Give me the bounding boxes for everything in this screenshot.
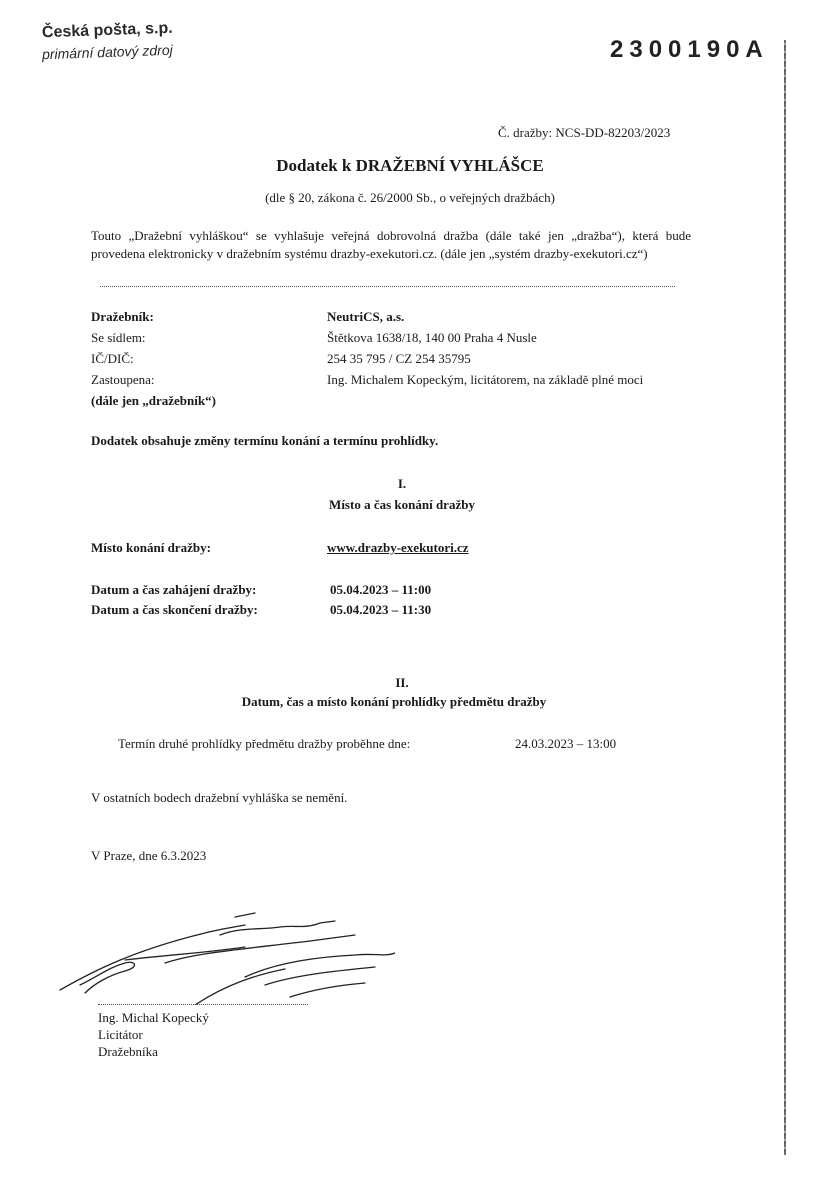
auctioneer-alias: (dále jen „dražebník“): [91, 393, 216, 409]
section-2-number: II.: [0, 675, 812, 691]
seat-label: Se sídlem:: [91, 330, 146, 346]
seat-value: Štětkova 1638/18, 140 00 Praha 4 Nusle: [327, 330, 537, 346]
ico-dic-value: 254 35 795 / CZ 254 35795: [327, 351, 471, 367]
represented-label: Zastoupena:: [91, 372, 155, 388]
section-1-number: I.: [0, 476, 812, 492]
auction-place-link[interactable]: www.drazby-exekutori.cz: [327, 540, 469, 556]
scan-edge-line: [784, 40, 786, 1155]
amendment-note: Dodatek obsahuje změny termínu konání a …: [91, 433, 438, 449]
document-title: Dodatek k DRAŽEBNÍ VYHLÁŠCE: [0, 156, 820, 176]
postal-stamp-organization: Česká pošta, s.p.: [42, 20, 173, 43]
auction-end-label: Datum a čas skončení dražby:: [91, 602, 258, 618]
document-subtitle: (dle § 20, zákona č. 26/2000 Sb., o veře…: [0, 190, 820, 206]
signature-line: [98, 1004, 308, 1005]
document-number: 2300190A: [610, 36, 769, 64]
postal-stamp-source: primární datový zdroj: [42, 42, 173, 63]
auctioneer-label: Dražebník:: [91, 309, 154, 325]
inspection-value: 24.03.2023 – 13:00: [515, 736, 616, 752]
auction-start-value: 05.04.2023 – 11:00: [330, 582, 431, 598]
auction-start-label: Datum a čas zahájení dražby:: [91, 582, 256, 598]
ico-dic-label: IČ/DIČ:: [91, 351, 134, 367]
auctioneer-value: NeutriCS, a.s.: [327, 309, 404, 325]
represented-value: Ing. Michalem Kopeckým, licitátorem, na …: [327, 372, 643, 388]
section-1-heading: Místo a čas konání dražby: [0, 497, 812, 513]
handwritten-signature: [55, 905, 395, 1005]
auction-end-value: 05.04.2023 – 11:30: [330, 602, 431, 618]
signatory-name: Ing. Michal Kopecký: [98, 1010, 209, 1026]
inspection-label: Termín druhé prohlídky předmětu dražby p…: [118, 736, 410, 752]
auction-reference: Č. dražby: NCS-DD-82203/2023: [498, 125, 670, 141]
closing-note: V ostatních bodech dražební vyhláška se …: [91, 790, 347, 806]
separator-dotted: [100, 286, 675, 287]
auction-place-label: Místo konání dražby:: [91, 540, 211, 556]
place-date: V Praze, dne 6.3.2023: [91, 848, 206, 864]
section-2-heading: Datum, čas a místo konání prohlídky před…: [0, 694, 804, 710]
intro-paragraph: Touto „Dražební vyhláškou“ se vyhlašuje …: [91, 227, 691, 263]
signatory-org: Dražebníka: [98, 1044, 158, 1060]
signatory-role: Licitátor: [98, 1027, 143, 1043]
